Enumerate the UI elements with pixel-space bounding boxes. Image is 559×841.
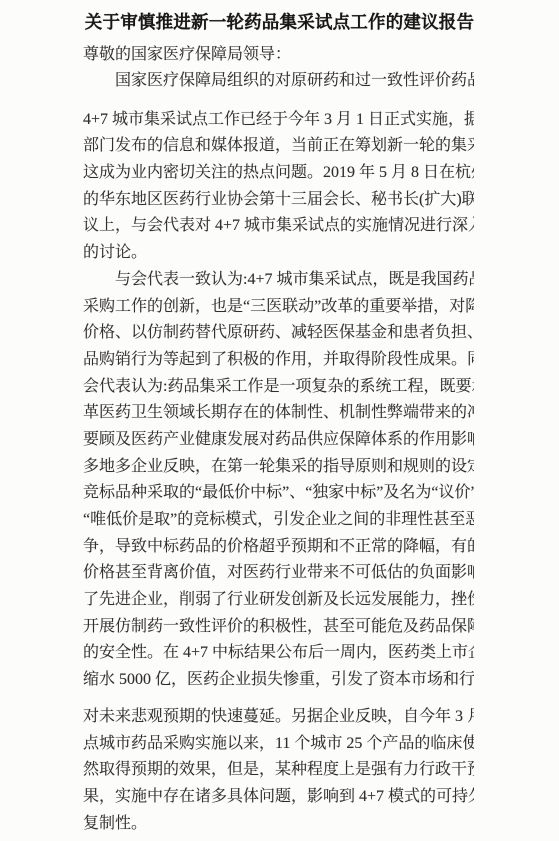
- text-line: 的安全性。在 4+7 中标结果公布后一周内，医药类上市企业市值: [83, 640, 474, 667]
- scanned-document-page: 关于审慎推进新一轮药品集采试点工作的建议报告 尊敬的国家医疗保障局领导： 国家医…: [0, 0, 559, 841]
- text-line: 价格甚至背离价值，对医药行业带来不可低估的负面影响，打击: [83, 560, 474, 587]
- text-line: 革医药卫生领域长期存在的体制性、机制性弊端带来的冲击，也: [83, 400, 474, 427]
- text-line: 价格、以仿制药替代原研药、减轻医保基金和患者负担、规范药: [83, 320, 474, 347]
- document-title: 关于审慎推进新一轮药品集采试点工作的建议报告: [0, 0, 559, 36]
- text-line: 议上，与会代表对 4+7 城市集采试点的实施情况进行深入、认真: [83, 213, 474, 240]
- text-line: 会代表认为:药品集采工作是一项复杂的系统工程，既要承受改: [83, 374, 474, 401]
- text-line: 的华东地区医药行业协会第十三届会长、秘书长(扩大)联席会: [83, 187, 474, 214]
- salutation-line: 尊敬的国家医疗保障局领导：: [0, 42, 559, 68]
- text-line: 品购销行为等起到了积极的作用，并取得阶段性成果。同时，与: [83, 347, 474, 374]
- text-line: 国家医疗保障局组织的对原研药和过一致性评价药品开展: [83, 68, 474, 95]
- text-line: 对未来悲观预期的快速蔓延。另据企业反映，自今年 3 月 1 日试: [83, 704, 474, 731]
- text-line: 然取得预期的效果，但是，某种程度上是强有力行政干预的结: [83, 757, 474, 784]
- text-line: 多地多企业反映，在第一轮集采的指导原则和规则的设定上对: [83, 454, 474, 481]
- text-line: 这成为业内密切关注的热点问题。2019 年 5 月 8 日在杭州召开: [83, 160, 474, 187]
- text-line: 了先进企业，削弱了行业研发创新及长远发展能力，挫伤了企业: [83, 587, 474, 614]
- text-line: 的讨论。: [83, 240, 474, 267]
- text-line: “唯低价是取”的竞标模式，引发企业之间的非理性甚至恶性竞: [83, 507, 474, 534]
- text-line: 要顾及医药产业健康发展对药品供应保障体系的作用影响。据: [83, 427, 474, 454]
- text-line: 开展仿制药一致性评价的积极性，甚至可能危及药品保障供应: [83, 614, 474, 641]
- text-line: 采购工作的创新，也是“三医联动”改革的重要举措，对降低药品: [83, 294, 474, 321]
- text-line: 点城市药品采购实施以来，11 个城市 25 个产品的临床使用虽: [83, 731, 474, 758]
- text-line: 争，导致中标药品的价格超乎预期和不正常的降幅，有的品种的: [83, 534, 474, 561]
- text-line: 缩水 5000 亿，医药企业损失惨重，引发了资本市场和行业自身: [83, 667, 474, 694]
- text-line: 果，实施中存在诸多具体问题，影响到 4+7 模式的可持久性和可: [83, 784, 474, 811]
- document-body: 国家医疗保障局组织的对原研药和过一致性评价药品开展4+7 城市集采试点工作已经于…: [0, 68, 559, 837]
- text-line: 4+7 城市集采试点工作已经于今年 3 月 1 日正式实施，据有关: [83, 107, 474, 134]
- text-line: 复制性。: [83, 811, 474, 838]
- text-line: 竞标品种采取的“最低价中标”、“独家中标”及名为“议价”实为: [83, 480, 474, 507]
- text-line: 与会代表一致认为:4+7 城市集采试点，既是我国药品集中: [83, 267, 474, 294]
- text-line: 部门发布的信息和媒体报道，当前正在筹划新一轮的集采试点，: [83, 133, 474, 160]
